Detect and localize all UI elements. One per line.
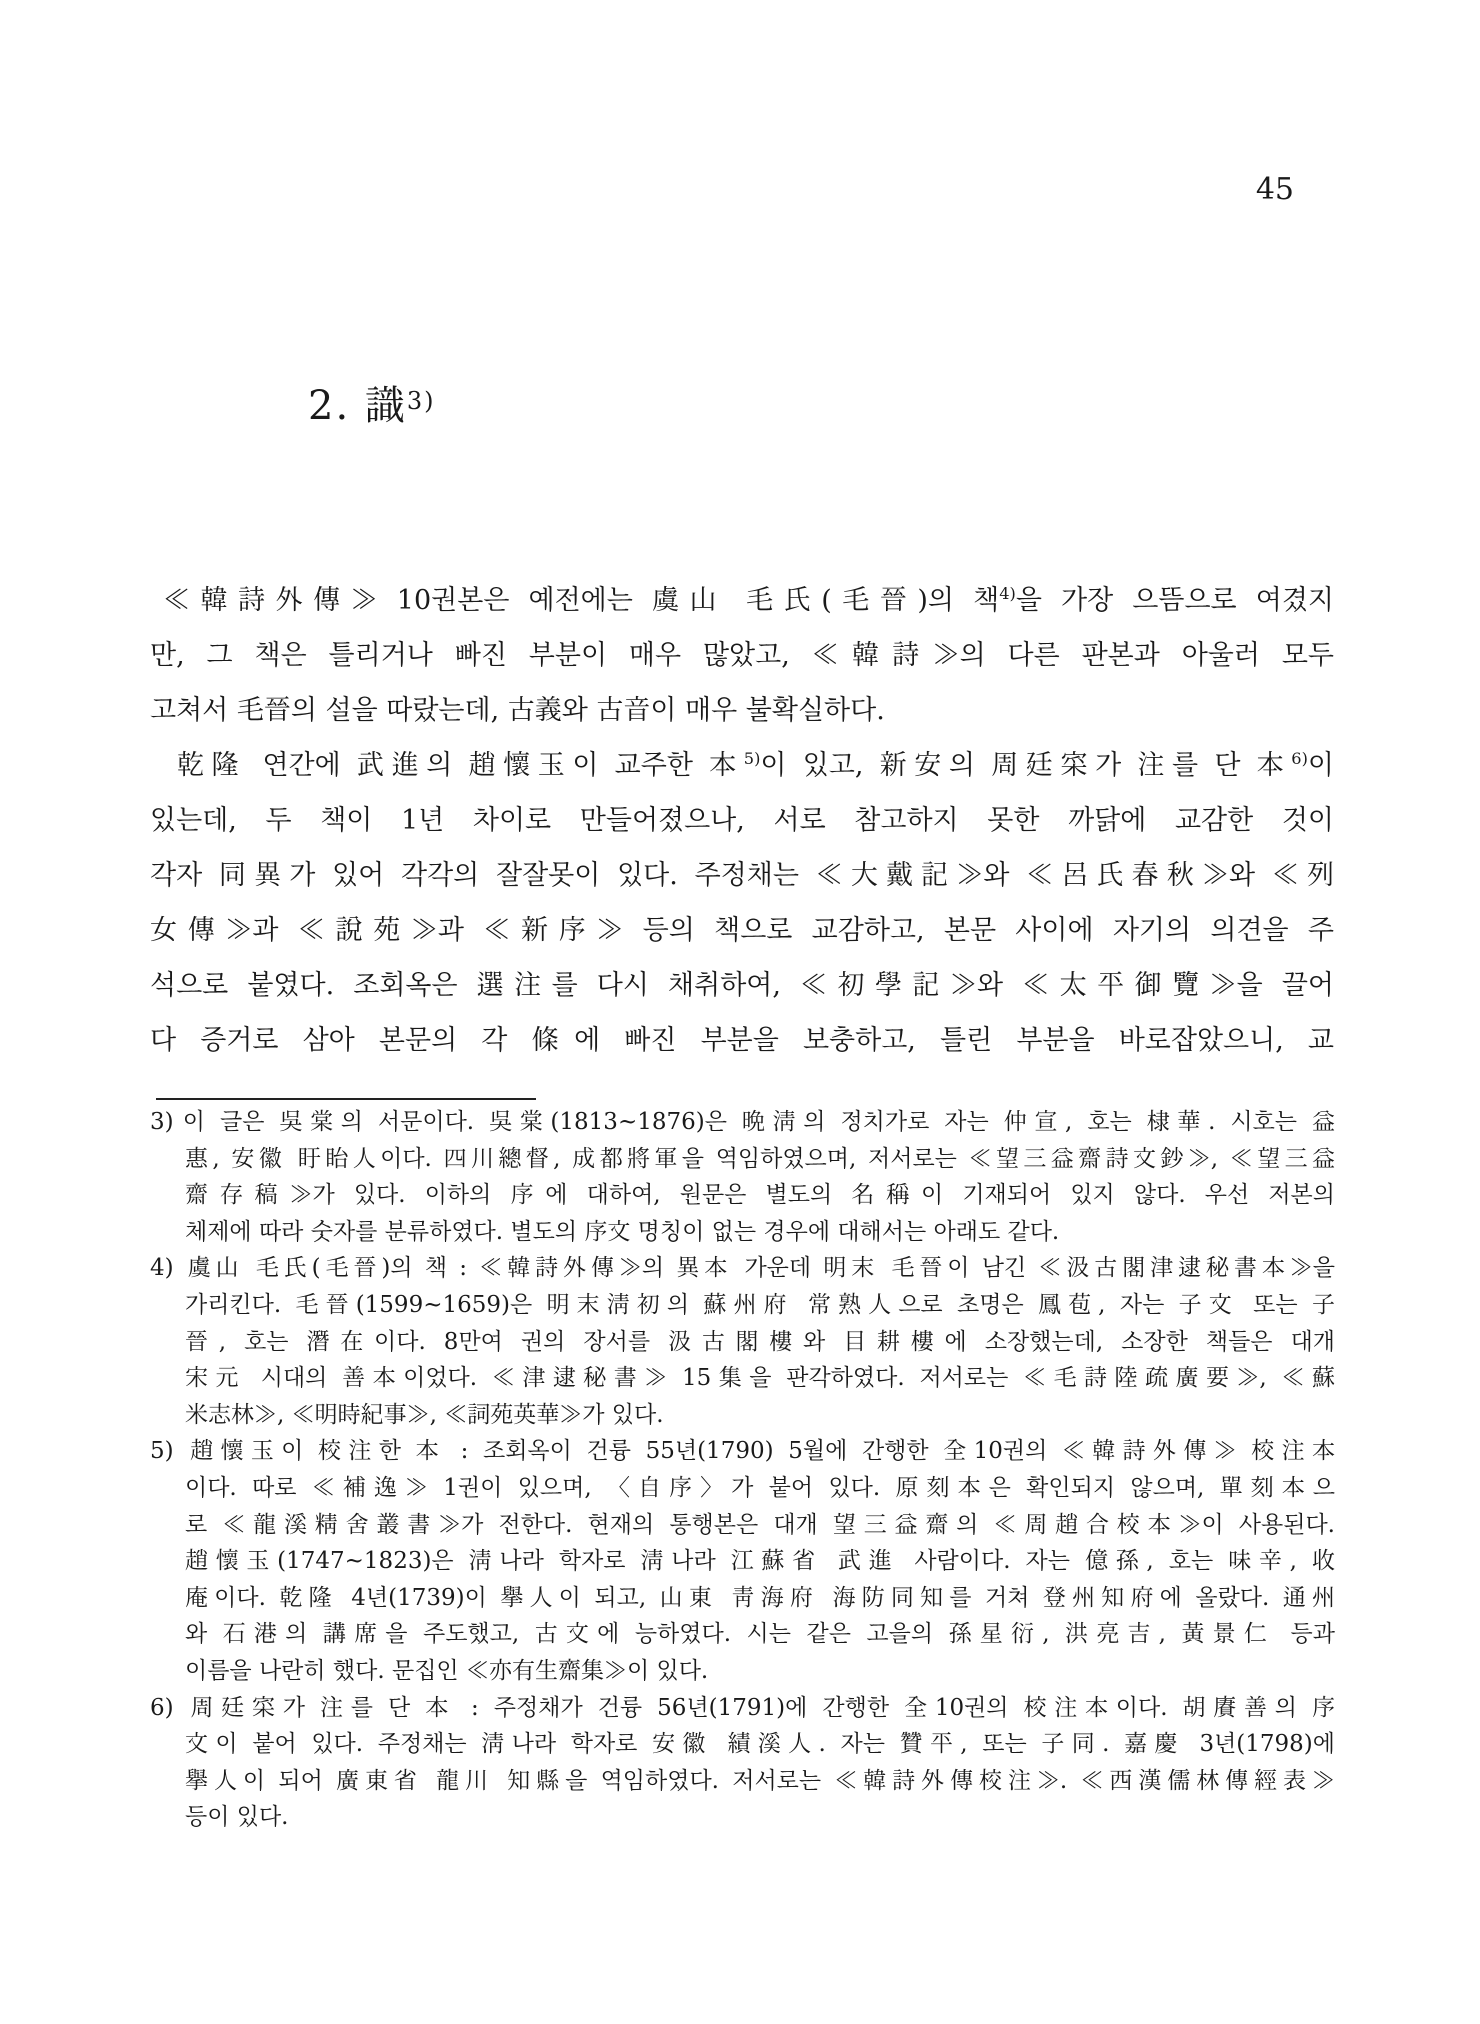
footnote-line: 惠, 安徽 盱眙人이다. 四川總督, 成都將軍을 역임하였으며, 저서로는 ≪望… [185,1141,1335,1178]
footnote-6: 6)周廷寀가 注를 단 本 : 주정채가 건륭 56년(1791)에 간행한 全… [150,1690,1335,1836]
footnote-text: 虞山 毛氏(毛晉)의 책 : ≪韓詩外傳≫의 異本 가운데 明末 毛晉이 남긴 … [183,1255,1335,1281]
footnote-line: 가리킨다. 毛晉(1599~1659)은 明末淸初의 蘇州府 常熟人으로 초명은… [185,1287,1335,1324]
footnote-number: 3) [150,1109,174,1135]
footnote-text: 이 글은 吳棠의 서문이다. 吳棠(1813~1876)은 晩淸의 정치가로 자… [183,1109,1335,1135]
footnote-line: 宋元 시대의 善本이었다. ≪津逮秘書≫ 15集을 판각하였다. 저서로는 ≪毛… [185,1360,1335,1397]
body-line: ≪韓詩外傳≫ 10권본은 예전에는 虞山 毛氏(毛晉)의 책4)을 가장 으뜸으… [150,573,1334,628]
section-heading: 2. 識3) [308,380,436,432]
footnote-line: 체제에 따라 숫자를 분류하였다. 별도의 序文 명칭이 없는 경우에 대해서는… [185,1214,1335,1251]
footnote-line: 米志林≫, ≪明時紀事≫, ≪詞苑英華≫가 있다. [185,1397,1335,1434]
page-number: 45 [1256,172,1294,208]
body-line: 女傳≫과 ≪說苑≫과 ≪新序≫ 등의 책으로 교감하고, 본문 사이에 자기의 … [150,903,1334,958]
footnote-line: 이름을 나란히 했다. 문집인 ≪亦有生齋集≫이 있다. [185,1653,1335,1690]
footnote-line: 등이 있다. [185,1799,1335,1836]
footnote-line: 와 石港의 講席을 주도했고, 古文에 능하였다. 시는 같은 고을의 孫星衍,… [185,1616,1335,1653]
footnote-line: 趙懷玉(1747~1823)은 淸나라 학자로 淸나라 江蘇省 武進 사람이다.… [185,1543,1335,1580]
footnote-line: 齋存稿≫가 있다. 이하의 序에 대하여, 원문은 별도의 名稱이 기재되어 있… [185,1177,1335,1214]
footnote-3: 3)이 글은 吳棠의 서문이다. 吳棠(1813~1876)은 晩淸의 정치가로… [150,1104,1335,1250]
body-line: 만, 그 책은 틀리거나 빠진 부분이 매우 많았고, ≪韓詩≫의 다른 판본과… [150,628,1334,683]
footnote-line: 5)趙懷玉이 校注한 本 : 조회옥이 건륭 55년(1790) 5월에 간행한… [185,1433,1335,1470]
footnotes-section: 3)이 글은 吳棠의 서문이다. 吳棠(1813~1876)은 晩淸의 정치가로… [150,1104,1335,1836]
footnote-line: 晉, 호는 潛在이다. 8만여 권의 장서를 汲古閣樓와 目耕樓에 소장했는데,… [185,1324,1335,1361]
footnote-4: 4)虞山 毛氏(毛晉)의 책 : ≪韓詩外傳≫의 異本 가운데 明末 毛晉이 남… [150,1250,1335,1433]
body-line: 고쳐서 毛晉의 설을 따랐는데, 古義와 古音이 매우 불확실하다. [150,683,1334,738]
footnote-line: 庵이다. 乾隆 4년(1739)이 擧人이 되고, 山東 靑海府 海防同知를 거… [185,1580,1335,1617]
body-line: 있는데, 두 책이 1년 차이로 만들어졌으나, 서로 참고하지 못한 까닭에 … [150,793,1334,848]
footnote-separator [156,1098,536,1100]
footnote-line: 文이 붙어 있다. 주정채는 淸나라 학자로 安徽 績溪人. 자는 贊平, 또는… [185,1726,1335,1763]
footnote-text: 趙懷玉이 校注한 本 : 조회옥이 건륭 55년(1790) 5월에 간행한 全… [183,1438,1335,1464]
footnote-line: 로 ≪龍溪精舍叢書≫가 전한다. 현재의 통행본은 대개 望三益齋의 ≪周趙合校… [185,1507,1335,1544]
footnote-line: 擧人이 되어 廣東省 龍川 知縣을 역임하였다. 저서로는 ≪韓詩外傳校注≫. … [185,1763,1335,1800]
body-line: 석으로 붙였다. 조회옥은 選注를 다시 채취하여, ≪初學記≫와 ≪太平御覽≫… [150,958,1334,1013]
footnote-line: 6)周廷寀가 注를 단 本 : 주정채가 건륭 56년(1791)에 간행한 全… [185,1690,1335,1727]
footnote-line: 4)虞山 毛氏(毛晉)의 책 : ≪韓詩外傳≫의 異本 가운데 明末 毛晉이 남… [185,1250,1335,1287]
document-page: 45 2. 識3) ≪韓詩外傳≫ 10권본은 예전에는 虞山 毛氏(毛晉)의 책… [0,0,1480,2024]
footnote-line: 3)이 글은 吳棠의 서문이다. 吳棠(1813~1876)은 晩淸의 정치가로… [185,1104,1335,1141]
body-line: 乾隆 연간에 武進의 趙懷玉이 교주한 本5)이 있고, 新安의 周廷寀가 注를… [150,738,1334,793]
footnote-number: 6) [150,1695,174,1721]
footnote-text: 周廷寀가 注를 단 本 : 주정채가 건륭 56년(1791)에 간행한 全10… [183,1695,1335,1721]
footnote-number: 4) [150,1255,174,1281]
body-line: 다 증거로 삼아 본문의 각 條에 빠진 부분을 보충하고, 틀린 부분을 바로… [150,1013,1334,1068]
footnote-5: 5)趙懷玉이 校注한 本 : 조회옥이 건륭 55년(1790) 5월에 간행한… [150,1433,1335,1689]
body-line: 각자 同異가 있어 각각의 잘잘못이 있다. 주정채는 ≪大戴記≫와 ≪呂氏春秋… [150,848,1334,903]
footnote-line: 이다. 따로 ≪補逸≫ 1권이 있으며, 〈自序〉가 붙어 있다. 原刻本은 확… [185,1470,1335,1507]
footnote-number: 5) [150,1438,174,1464]
body-text: ≪韓詩外傳≫ 10권본은 예전에는 虞山 毛氏(毛晉)의 책4)을 가장 으뜸으… [150,573,1334,1068]
